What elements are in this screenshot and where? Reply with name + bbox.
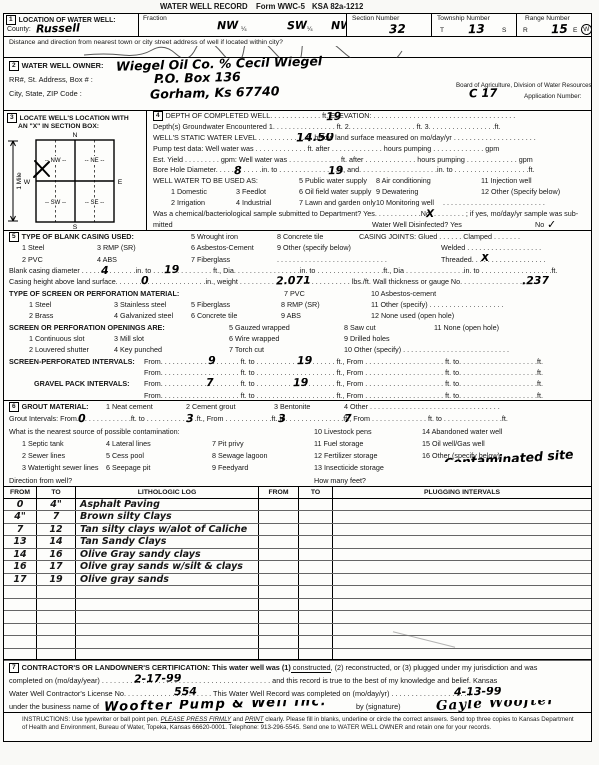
- table-row: 7 12 Tan silty clays w/alot of Caliche: [4, 524, 591, 537]
- instructions-text: INSTRUCTIONS: Use typewriter or ball poi…: [22, 716, 161, 723]
- form-option: 9 Feedyard: [212, 462, 248, 474]
- lithologic-table: FROM TO LITHOLOGIC LOG FROM TO PLUGGING …: [4, 487, 591, 661]
- disinfected-no-label: No: [535, 220, 544, 231]
- fraction-3-value: NW: [331, 20, 346, 32]
- document-title: WATER WELL RECORD: [160, 2, 248, 11]
- form-option: 1 Steel: [22, 242, 44, 253]
- form-option: 5 Public water supply: [299, 176, 367, 187]
- form-option: 7 Pit privy: [212, 438, 244, 450]
- form-option: 8 Sewage lagoon: [212, 450, 268, 462]
- threaded-label: Threaded. . . . . . . . . . . . . . . . …: [441, 254, 546, 265]
- form-option: 5 Wrought iron: [191, 231, 238, 242]
- table-row: [4, 599, 591, 612]
- from-cell: [4, 649, 37, 661]
- selected-option-monitoring-well: 10 Monitoring well: [376, 198, 434, 209]
- scanned-water-well-record: WATER WELL RECORD Form WWC-5 KSA 82a-121…: [0, 0, 599, 765]
- to-cell: 17: [37, 561, 76, 573]
- table-row: [4, 649, 591, 662]
- form-option: 3 Watertight sewer lines: [22, 462, 98, 474]
- form-option: 1 Steel: [29, 299, 51, 310]
- owner-label: WATER WELL OWNER:: [22, 61, 104, 70]
- form-option: 4 Industrial: [236, 198, 271, 209]
- selected-option-screen-pvc: 7 PVC: [284, 288, 305, 299]
- form-option: 8 Air conditioning: [376, 176, 431, 187]
- grout-from-2: 3: [278, 413, 286, 424]
- interval-blanks-line: From. . . . . . . . . . . . . . . . . . …: [144, 356, 543, 367]
- signature-value: Gayle Woofter: [436, 700, 556, 713]
- form-option: 10 Other (specify) . . . . . . . . . . .…: [344, 344, 509, 355]
- section-7-certification: 7CONTRACTOR'S OR LANDOWNER'S CERTIFICATI…: [4, 661, 591, 713]
- business-name-label: under the business name of: [9, 702, 99, 711]
- plugging-intervals-cell: [333, 574, 591, 586]
- selected-option-saw-cut: 8 Saw cut: [344, 322, 376, 333]
- selected-option-constructed: constructed: [291, 663, 331, 673]
- section-4-badge: 4: [153, 111, 163, 121]
- threaded-x-mark: X: [481, 254, 489, 264]
- casing-weight-value: 2.071: [276, 276, 311, 286]
- plugging-intervals-cell: [333, 611, 591, 623]
- lithologic-log-cell: Olive gray sands: [76, 574, 259, 586]
- to-cell: 12: [37, 524, 76, 536]
- plug-from-cell: [259, 574, 299, 586]
- col-header: FROM: [259, 487, 299, 498]
- from-cell: [4, 636, 37, 648]
- address-label: RR#, St. Address, Box # :: [9, 75, 93, 84]
- plugging-intervals-cell: [333, 499, 591, 511]
- static-level-value: 14.50: [296, 133, 334, 143]
- compass-north: N: [73, 132, 78, 139]
- screen-interval-from-value: 9: [208, 356, 216, 366]
- from-cell: 7: [4, 524, 37, 536]
- lithologic-log-cell: Tan silty clays w/alot of Caliche: [76, 524, 259, 536]
- screen-material-title: TYPE OF SCREEN OR PERFORATION MATERIAL:: [9, 289, 179, 298]
- section-number-value: 32: [389, 23, 406, 35]
- bore-hole-line: Bore Hole Diameter. . . . . . . . . . . …: [153, 165, 534, 174]
- form-option: 4 Galvanized steel: [114, 310, 173, 321]
- form-option: 9 ABS: [281, 310, 301, 321]
- from-cell: 14: [4, 549, 37, 561]
- plug-from-cell: [259, 649, 299, 661]
- form-option: 14 Abandoned water well: [422, 426, 502, 438]
- plug-from-cell: [259, 561, 299, 573]
- to-cell: [37, 649, 76, 661]
- plug-to-cell: [299, 599, 333, 611]
- lithologic-log-cell: [76, 586, 259, 598]
- plugging-intervals-cell: [333, 549, 591, 561]
- instructions-text: clearly. Please fill in blanks, underlin…: [264, 716, 574, 723]
- form-option: 11 Fuel storage: [314, 438, 363, 450]
- range-east-label: E: [573, 27, 577, 34]
- table-row: 0 4" Asphalt Paving: [4, 499, 591, 512]
- lithologic-log-cell: Asphalt Paving: [76, 499, 259, 511]
- form-option: 15 Oil well/Gas well: [422, 438, 485, 450]
- section-number-label: Section Number: [352, 15, 399, 22]
- plug-from-cell: [259, 524, 299, 536]
- section-2-badge: 2: [9, 61, 19, 71]
- lithologic-log-cell: [76, 624, 259, 636]
- form-option: 7 Fiberglass: [191, 254, 230, 265]
- plug-to-cell: [299, 586, 333, 598]
- groundwater-line: Depth(s) Groundwater Encountered 1. . . …: [147, 122, 591, 133]
- statute-number: KSA 82a-1212: [312, 2, 363, 11]
- disinfected-question: Water Well Disinfected? Yes: [372, 220, 462, 231]
- gravel-pack-title: GRAVEL PACK INTERVALS:: [34, 378, 130, 389]
- form-number: Form WWC-5: [256, 2, 305, 11]
- address-value: P.O. Box 136: [154, 71, 241, 86]
- pump-test-line: Pump test data: Well water was . . . . .…: [147, 144, 591, 155]
- to-cell: [37, 611, 76, 623]
- form-option: 2 Louvered shutter: [29, 344, 89, 355]
- township-cell: Township Number T 13 S: [431, 14, 516, 36]
- plug-from-cell: [259, 586, 299, 598]
- instructions-emphasis: PLEASE PRESS FIRMLY: [161, 716, 232, 723]
- form-option: 4 Other . . . . . . . . . . . . . . . . …: [344, 401, 500, 413]
- plug-to-cell: [299, 511, 333, 523]
- casing-title: TYPE OF BLANK CASING USED:: [22, 232, 134, 241]
- plug-to-cell: [299, 561, 333, 573]
- range-cell: Range Number R 15 E W: [516, 14, 591, 36]
- form-option: 8 Concrete tile: [277, 231, 323, 242]
- form-option: 11 None (open hole): [434, 322, 499, 333]
- table-row: 14 16 Olive Gray sandy clays: [4, 549, 591, 562]
- est-yield-line: Est. Yield . . . . . . . . . gpm: Well w…: [147, 155, 591, 166]
- county-label: County:: [7, 26, 31, 33]
- form-option: 9 Dewatering: [376, 187, 418, 198]
- use-title: WELL WATER TO BE USED AS:: [153, 176, 258, 185]
- interval-blanks-line: From. . . . . . . . . . . . . . . . . . …: [144, 390, 543, 401]
- static-level-line: WELL'S STATIC WATER LEVEL . . . . . . . …: [153, 133, 536, 142]
- from-cell: [4, 624, 37, 636]
- plug-to-cell: [299, 536, 333, 548]
- form-option: 7 Torch cut: [229, 344, 264, 355]
- from-cell: [4, 586, 37, 598]
- application-code-value: C 17: [469, 88, 498, 100]
- completed-date-value: 2-17-99: [134, 674, 182, 685]
- quad-sw: -- SW --: [45, 200, 66, 206]
- table-row: [4, 636, 591, 649]
- form-option: 10 Asbestos-cement: [371, 288, 436, 299]
- section-5-casing: 5TYPE OF BLANK CASING USED: 5 Wrought ir…: [4, 231, 591, 401]
- certification-line-2: completed on (mo/day/year) . . . . . . .…: [9, 676, 497, 685]
- form-option: 6 Oil field water supply: [299, 187, 371, 198]
- plug-to-cell: [299, 574, 333, 586]
- form-option: 2 Brass: [29, 310, 53, 321]
- lithologic-log-cell: Olive Gray sandy clays: [76, 549, 259, 561]
- casing-joints-label: CASING JOINTS: Glued . . . . . . Clamped…: [359, 231, 520, 242]
- certification-line-1b: , (2) reconstructed, or (3) plugged unde…: [331, 663, 538, 672]
- document-header: WATER WELL RECORD Form WWC-5 KSA 82a-121…: [0, 2, 599, 13]
- instructions-emphasis: PRINT: [245, 716, 264, 723]
- grout-title: GROUT MATERIAL:: [22, 402, 89, 411]
- form-option: 11 Injection well: [481, 176, 532, 187]
- signature-label: by (signature): [356, 700, 401, 713]
- casing-height-value: 0: [141, 276, 149, 286]
- county-value: Russell: [36, 22, 80, 34]
- form-option: 2 Irrigation: [171, 198, 205, 209]
- plugging-intervals-cell: [333, 524, 591, 536]
- contamination-question: What is the nearest source of possible c…: [9, 427, 180, 436]
- table-row: 17 19 Olive gray sands: [4, 574, 591, 587]
- compass-south: S: [73, 224, 78, 230]
- plugging-intervals-cell: [333, 511, 591, 523]
- form-option: 7 Lawn and garden only: [299, 198, 376, 209]
- interval-blanks-line: From. . . . . . . . . . . . . . . . . . …: [144, 367, 543, 378]
- instructions-text: and: [231, 716, 245, 723]
- from-cell: [4, 611, 37, 623]
- table-row: [4, 586, 591, 599]
- form-option: 9 Other (specify below): [277, 242, 351, 253]
- screen-intervals-title: SCREEN-PERFORATED INTERVALS:: [9, 357, 135, 366]
- plug-to-cell: [299, 636, 333, 648]
- plug-from-cell: [259, 599, 299, 611]
- township-suffix: S: [502, 27, 506, 34]
- lithologic-log-cell: [76, 599, 259, 611]
- how-many-feet-question: How many feet?: [314, 475, 366, 487]
- form-option: 12 None used (open hole): [371, 310, 454, 321]
- plug-to-cell: [299, 624, 333, 636]
- city-label: City, State, ZIP Code :: [9, 89, 82, 98]
- form-option: 4 Lateral lines: [106, 438, 151, 450]
- sample-no-x-mark: X: [426, 209, 434, 220]
- openings-title: SCREEN OR PERFORATION OPENINGS ARE:: [9, 323, 165, 332]
- col-header: TO: [37, 487, 76, 498]
- lithologic-log-cell: Olive gray sands w/silt & clays: [76, 561, 259, 573]
- casing-depth-value: 19: [164, 265, 180, 275]
- section-3-locate: 3LOCATE WELL'S LOCATION WITH AN "X" IN S…: [4, 111, 147, 230]
- instructions-text-2: of Health and Environment, Bureau of Wat…: [22, 724, 581, 732]
- plug-to-cell: [299, 611, 333, 623]
- plug-to-cell: [299, 524, 333, 536]
- distance-question: Distance and direction from nearest town…: [9, 39, 283, 46]
- form-option: 11 Other (specify) . . . . . . . . . . .…: [371, 299, 503, 310]
- form-option: 9 Drilled holes: [344, 333, 390, 344]
- form-body: 1LOCATION OF WATER WELL: County: Russell…: [3, 13, 592, 742]
- casing-diameter-line: Blank casing diameter . . . . . . . . . …: [9, 266, 557, 275]
- direction-question: Direction from well?: [9, 476, 72, 485]
- table-row: 16 17 Olive gray sands w/silt & clays: [4, 561, 591, 574]
- section-3-4-row: 3LOCATE WELL'S LOCATION WITH AN "X" IN S…: [4, 111, 591, 231]
- quad-se: -- SE --: [85, 200, 104, 206]
- plugging-intervals-cell: [333, 536, 591, 548]
- plugging-intervals-cell: [333, 624, 591, 636]
- plug-to-cell: [299, 649, 333, 661]
- section-2-owner: 2WATER WELL OWNER: RR#, St. Address, Box…: [4, 58, 591, 111]
- fraction-1-value: NW: [217, 20, 239, 32]
- compass-east: E: [118, 179, 123, 186]
- section-5-badge: 5: [9, 232, 19, 242]
- gravel-interval-to-value: 19: [293, 378, 309, 388]
- plug-to-cell: [299, 549, 333, 561]
- from-cell: 0: [4, 499, 37, 511]
- section-4-well-data: 4DEPTH OF COMPLETED WELL. . . . . . . . …: [147, 111, 591, 230]
- range-west-circled: W: [580, 23, 591, 35]
- interval-blanks-line: From. . . . . . . . . . . . . . . . . . …: [144, 378, 543, 389]
- selected-option-pvc: 2 PVC: [22, 254, 43, 265]
- plugging-intervals-cell: [333, 636, 591, 648]
- form-option: 5 Fiberglass: [191, 299, 230, 310]
- range-prefix: R: [523, 27, 528, 34]
- form-option: 3 Mill slot: [114, 333, 144, 344]
- plug-from-cell: [259, 536, 299, 548]
- from-cell: [4, 599, 37, 611]
- plug-from-cell: [259, 549, 299, 561]
- to-cell: 7: [37, 511, 76, 523]
- table-row: 4" 7 Brown silty Clays: [4, 511, 591, 524]
- form-option: 4 Key punched: [114, 344, 162, 355]
- township-value: 13: [468, 23, 485, 35]
- col-header: LITHOLOGIC LOG: [76, 487, 259, 498]
- welded-label: Welded . . . . . . . . . . . . . . . . .…: [441, 242, 541, 253]
- application-number-label: Application Number:: [524, 93, 582, 100]
- sample-question-wrap: mitted: [153, 220, 173, 229]
- col-header: FROM: [4, 487, 37, 498]
- lithologic-log-cell: [76, 636, 259, 648]
- range-value: 15: [551, 23, 568, 35]
- lithologic-log-cell: [76, 611, 259, 623]
- quarter-glyph: ¼: [307, 26, 313, 33]
- form-option: 10 Livestock pens: [314, 426, 372, 438]
- grout-from-1: 0: [78, 413, 86, 424]
- form-option: 1 Septic tank: [22, 438, 64, 450]
- plug-to-cell: [299, 499, 333, 511]
- to-cell: [37, 586, 76, 598]
- form-option: 6 Concrete tile: [191, 310, 237, 321]
- table-row: 13 14 Tan Sandy Clays: [4, 536, 591, 549]
- city-value: Gorham, Ks 67740: [150, 85, 280, 101]
- form-option: 1 Domestic: [171, 187, 207, 198]
- license-number-value: 554: [174, 687, 197, 697]
- plug-from-cell: [259, 511, 299, 523]
- business-name-value: Woofter Pump & Well Inc.: [104, 700, 327, 713]
- screen-interval-to-value: 19: [297, 356, 313, 366]
- form-option: 4 ABS: [97, 254, 117, 265]
- casing-height-line: Casing height above land surface. . . . …: [9, 277, 534, 286]
- table-row: [4, 611, 591, 624]
- sample-question-line: Was a chemical/bacteriological sample su…: [153, 209, 578, 218]
- form-option: 3 Stainless steel: [114, 299, 166, 310]
- section-3-badge: 3: [7, 113, 17, 123]
- to-cell: [37, 624, 76, 636]
- table-header-row: FROM TO LITHOLOGIC LOG FROM TO PLUGGING …: [4, 487, 591, 499]
- selected-option-cement-grout: 2 Cement grout: [186, 401, 236, 413]
- form-option: 6 Seepage pit: [106, 462, 150, 474]
- to-cell: 16: [37, 549, 76, 561]
- form-option: 2 Sewer lines: [22, 450, 65, 462]
- col-header: TO: [299, 487, 333, 498]
- form-option: 1 Continuous slot: [29, 333, 85, 344]
- section-7-badge: 7: [9, 663, 19, 673]
- grout-to-2: 7: [344, 413, 352, 424]
- plug-from-cell: [259, 499, 299, 511]
- to-cell: 4": [37, 499, 76, 511]
- form-option: 6 Asbestos-Cement: [191, 242, 254, 253]
- from-cell: 4": [4, 511, 37, 523]
- col-header: PLUGGING INTERVALS: [333, 487, 591, 498]
- to-cell: 14: [37, 536, 76, 548]
- plugging-intervals-cell: [333, 561, 591, 573]
- certification-line-3: Water Well Contractor's License No. . . …: [9, 689, 471, 698]
- depth-value: 19: [326, 111, 342, 122]
- section-1-location: 1LOCATION OF WATER WELL: County: Russell…: [4, 14, 591, 37]
- compass-west: W: [24, 179, 31, 186]
- dotted-leader: . . . . . . . . . . . . . . . . . . . . …: [443, 198, 545, 209]
- fraction-label: Fraction: [143, 15, 167, 22]
- to-cell: [37, 636, 76, 648]
- form-option: 12 Fertilizer storage: [314, 450, 378, 462]
- to-cell: 19: [37, 574, 76, 586]
- form-option: 12 Other (Specify below): [481, 187, 560, 198]
- selected-option-bentonite: 3 Bentonite: [274, 401, 310, 413]
- gravel-interval-from-value: 7: [206, 378, 214, 388]
- lithologic-log-cell: [76, 649, 259, 661]
- bore-depth-value: 19: [328, 165, 344, 176]
- casing-diameter-value: 4: [101, 265, 109, 276]
- form-option: 8 RMP (SR): [281, 299, 320, 310]
- plug-from-cell: [259, 611, 299, 623]
- county-cell: 1LOCATION OF WATER WELL: County: Russell: [4, 14, 138, 36]
- fraction-2-value: SW: [287, 20, 307, 32]
- plug-from-cell: [259, 636, 299, 648]
- record-date-value: 4-13-99: [454, 687, 502, 698]
- section-3-title-1: LOCATE WELL'S LOCATION WITH: [20, 115, 129, 122]
- section-6-badge: 6: [9, 402, 19, 412]
- form-option: 13 Insecticide storage: [314, 462, 384, 474]
- township-prefix: T: [440, 27, 444, 34]
- grout-to-1: 3: [186, 413, 194, 424]
- to-cell: [37, 599, 76, 611]
- section-6-grout: 6GROUT MATERIAL: 1 Neat cement 2 Cement …: [4, 401, 591, 487]
- bore-diameter-value: 8: [234, 165, 242, 176]
- plugging-intervals-cell: [333, 599, 591, 611]
- section-box-diagram: 1 Mile N S W E -- NW -- -- NE -- -- SW -…: [4, 128, 145, 230]
- disinfected-no-mark: ✓: [547, 220, 557, 230]
- table-row: [4, 624, 591, 637]
- section-1-badge: 1: [6, 15, 16, 25]
- one-mile-label: 1 Mile: [16, 172, 23, 190]
- form-option: 5 Cess pool: [106, 450, 144, 462]
- form-option: 1 Neat cement: [106, 401, 153, 413]
- section-number-cell: Section Number 32: [346, 14, 431, 36]
- lithologic-log-cell: Tan Sandy Clays: [76, 536, 259, 548]
- form-option: 3 Feedlot: [236, 187, 266, 198]
- fraction-cell: Fraction NW ¼ SW ¼ NW ¼: [138, 14, 346, 36]
- dotted-leader: . . . . . . . . . . . . . . . . . . . . …: [277, 254, 387, 265]
- wall-thickness-value: .237: [522, 276, 549, 286]
- plug-from-cell: [259, 624, 299, 636]
- from-cell: 13: [4, 536, 37, 548]
- form-option: 3 RMP (SR): [97, 242, 136, 253]
- plugging-intervals-cell: [333, 649, 591, 661]
- lithologic-log-cell: Brown silty Clays: [76, 511, 259, 523]
- form-option: 6 Wire wrapped: [229, 333, 279, 344]
- quad-ne: -- NE --: [85, 158, 105, 164]
- from-cell: 16: [4, 561, 37, 573]
- quarter-glyph: ¼: [241, 26, 247, 33]
- form-option: 5 Gauzed wrapped: [229, 322, 290, 333]
- from-cell: 17: [4, 574, 37, 586]
- instructions-block: INSTRUCTIONS: Use typewriter or ball poi…: [4, 713, 591, 743]
- certification-line-1a: CONTRACTOR'S OR LANDOWNER'S CERTIFICATIO…: [22, 663, 291, 672]
- litho-table-body: 0 4" Asphalt Paving 4" 7 Brown silty Cla…: [4, 499, 591, 662]
- plugging-intervals-cell: [333, 586, 591, 598]
